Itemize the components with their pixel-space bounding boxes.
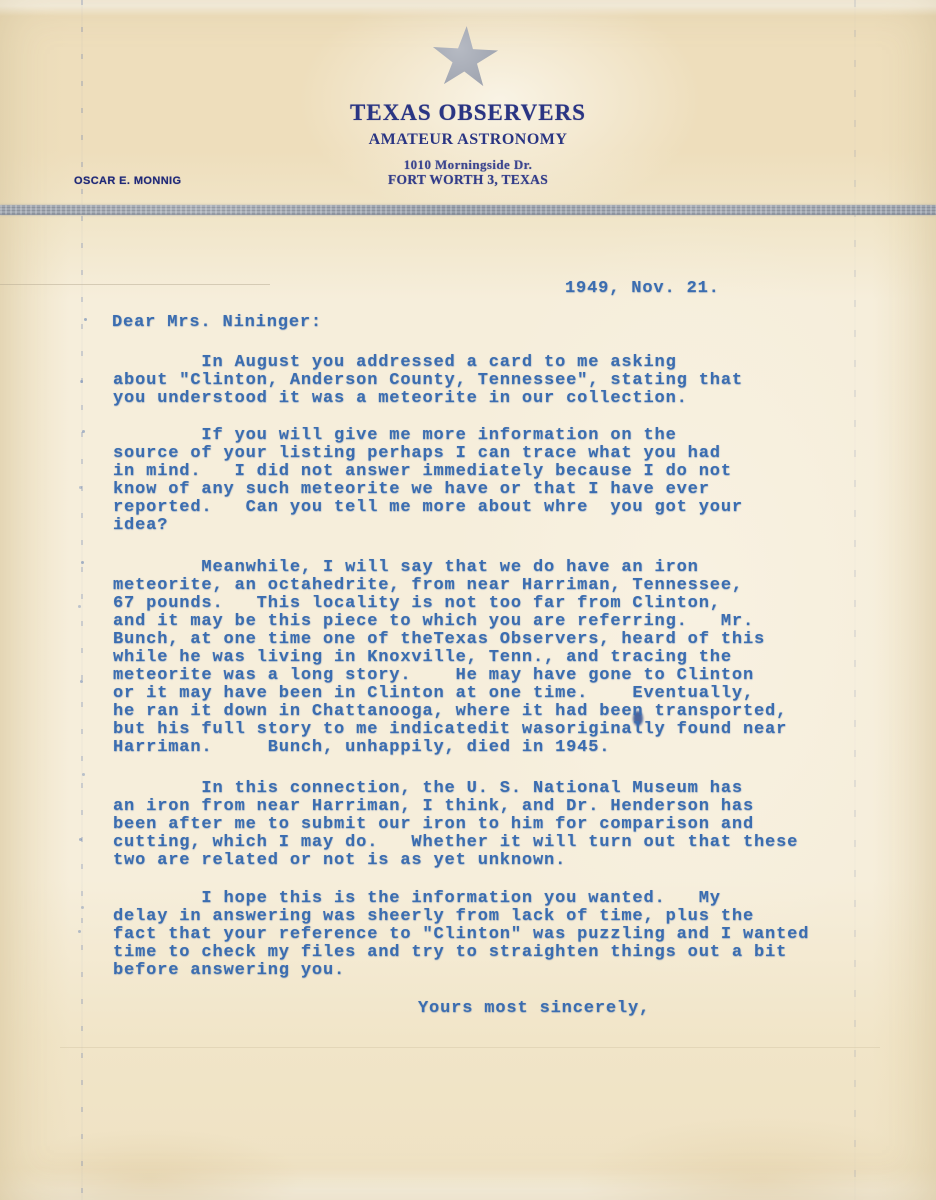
letter-salutation: Dear Mrs. Nininger: — [112, 314, 322, 332]
horizontal-crease — [0, 284, 270, 285]
star-icon — [429, 24, 500, 92]
letter-paragraph: In this connection, the U. S. National M… — [113, 780, 798, 870]
letter-paragraph: I hope this is the information you wante… — [113, 890, 809, 980]
ink-specks — [84, 318, 87, 321]
letter-closing: Yours most sincerely, — [418, 1000, 650, 1018]
letter-paragraph: In August you addressed a card to me ask… — [113, 354, 743, 408]
organization-name: TEXAS OBSERVERS — [0, 100, 936, 126]
letter-paragraph: If you will give me more information on … — [113, 427, 743, 535]
letterhead-officer-name: OSCAR E. MONNIG — [74, 175, 181, 187]
letterhead-divider-band — [0, 205, 936, 215]
scanned-letter-page: TEXAS OBSERVERS AMATEUR ASTRONOMY 1010 M… — [0, 0, 936, 1200]
horizontal-crease — [60, 1047, 880, 1048]
letterhead-address-street: 1010 Morningside Dr. — [0, 157, 936, 173]
letter-paragraph: Meanwhile, I will say that we do have an… — [113, 559, 787, 757]
letter-date: 1949, Nov. 21. — [565, 280, 720, 298]
organization-subtitle: AMATEUR ASTRONOMY — [0, 131, 936, 149]
